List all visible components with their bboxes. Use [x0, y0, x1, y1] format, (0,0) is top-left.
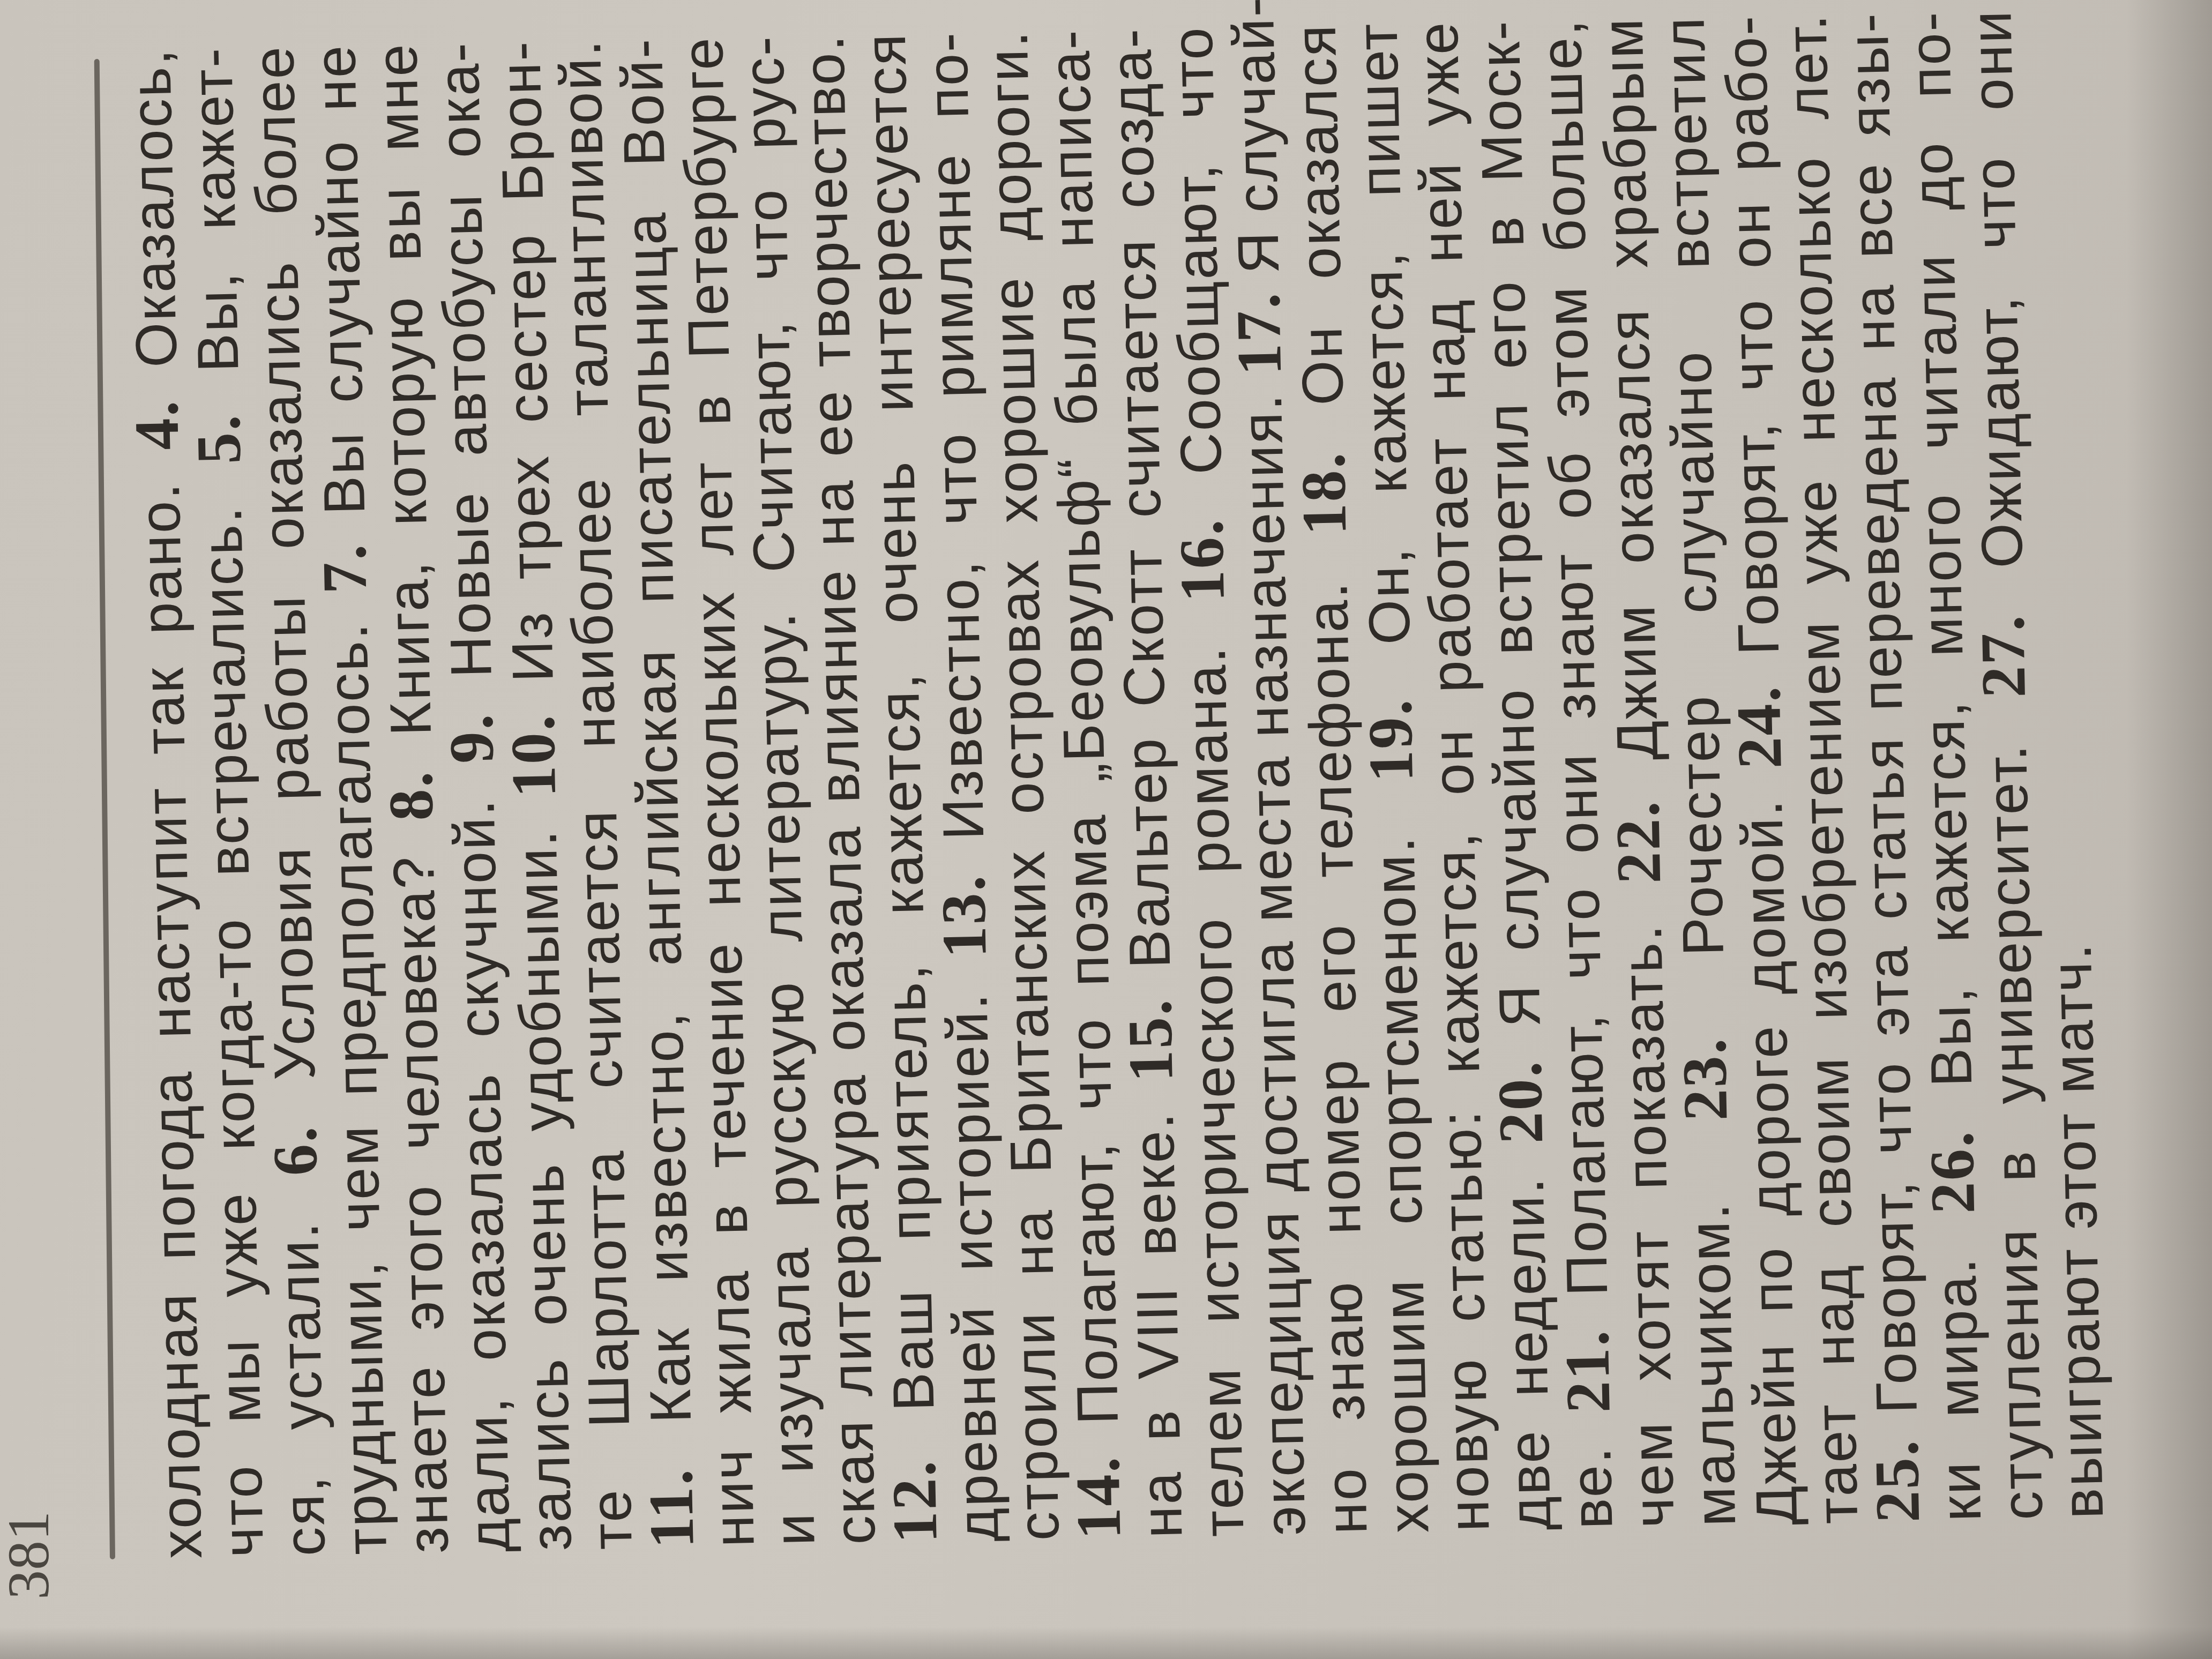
exercise-number: 26.	[1916, 1129, 1988, 1214]
exercise-text: холодная погода наступит так рано. 4. Ок…	[118, 8, 2113, 1559]
exercise-number: 22.	[1602, 799, 1674, 884]
exercise-number: 5.	[183, 413, 254, 465]
book-page-photo: 381 холодная погода наступит так рано. 4…	[0, 0, 2212, 1659]
header-rule	[94, 59, 115, 1559]
exercise-number: 8.	[375, 769, 446, 821]
sentence-text: ся, устали.	[264, 1175, 337, 1557]
book-page: 381 холодная погода наступит так рано. 4…	[59, 32, 2149, 1640]
exercise-number: 16.	[1166, 518, 1238, 603]
sentence-text: ве.	[1557, 1413, 1625, 1530]
exercise-number: 10.	[497, 713, 569, 798]
page-bottom-edge	[0, 1627, 2212, 1659]
exercise-number: 19.	[1355, 698, 1426, 783]
exercise-number: 23.	[1669, 1036, 1740, 1122]
exercise-number: 24.	[1723, 684, 1795, 769]
exercise-number: 21.	[1552, 1328, 1624, 1414]
exercise-number: 20.	[1484, 1059, 1556, 1145]
exercise-number: 12.	[878, 1459, 950, 1544]
sentence-text: мальчиком.	[1675, 1120, 1748, 1528]
page-edge-shadow	[2126, 0, 2212, 1659]
sentence-text: Вы, кажет-	[179, 46, 251, 414]
exercise-number: 6.	[259, 1125, 331, 1177]
sentence-text: Ожидают, что они	[1958, 9, 2036, 615]
sentence-text: выиграют этот матч.	[2038, 942, 2116, 1520]
exercise-number: 9.	[436, 712, 507, 764]
page-header: 381	[59, 32, 123, 1640]
sentence-text: ки мира.	[1922, 1213, 1993, 1522]
exercise-number: 17.	[1223, 291, 1295, 376]
exercise-number: 25.	[1861, 1438, 1933, 1523]
exercise-number: 18.	[1288, 451, 1359, 536]
sentence-text: Я случай-	[1220, 0, 1291, 292]
exercise-number: 13.	[928, 873, 1000, 959]
sentence-text: Оказалось,	[117, 47, 190, 400]
exercise-number: 7.	[309, 542, 380, 594]
exercise-number: 4.	[121, 399, 192, 451]
page-number: 381	[0, 1511, 63, 1600]
exercise-number: 27.	[1967, 613, 2039, 698]
exercise-number: 15.	[1114, 997, 1186, 1082]
exercise-number: 11.	[636, 1467, 707, 1549]
exercise-number: 14.	[1062, 1455, 1134, 1540]
